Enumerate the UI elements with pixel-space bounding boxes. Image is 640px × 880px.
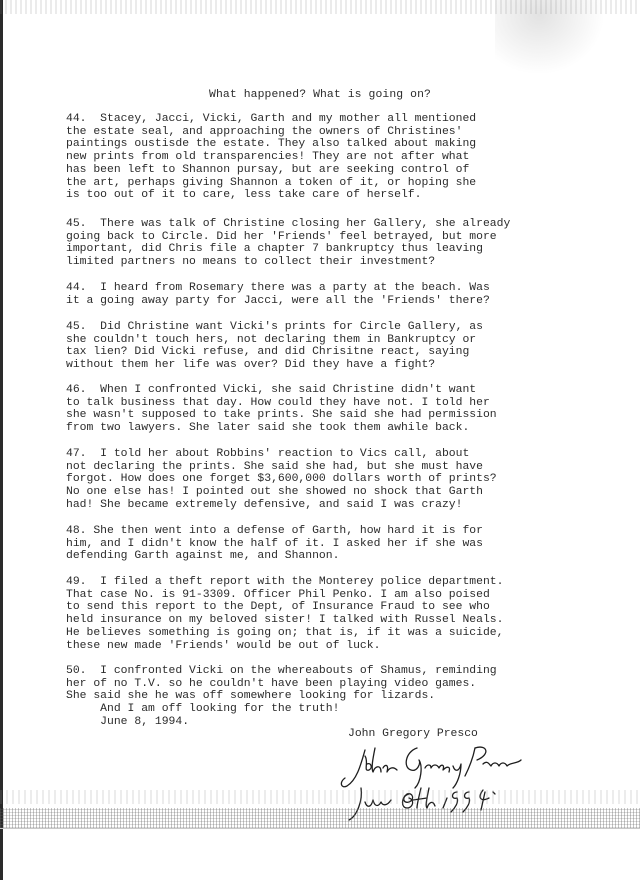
paragraph-line: it a going away party for Jacci, were al… — [66, 295, 626, 308]
paragraph-line: 47. I told her about Robbins' reaction t… — [66, 448, 626, 461]
document-page: What happened? What is going on? 44. Sta… — [0, 0, 640, 880]
paragraph-48: 48. She then went into a defense of Gart… — [66, 525, 626, 563]
paragraph-50: 50. I confronted Vicki on the whereabout… — [66, 665, 626, 729]
paragraph-line: has been left to Shannon pursay, but are… — [66, 164, 626, 177]
paragraph-line: to send this report to the Dept, of Insu… — [66, 601, 626, 614]
paragraph-line: That case No. is 91-3309. Officer Phil P… — [66, 589, 626, 602]
paragraph-line: the art, perhaps giving Shannon a token … — [66, 177, 626, 190]
paragraph-line: defending Garth against me, and Shannon. — [66, 550, 626, 563]
paragraph-line: limited partners no means to collect the… — [66, 256, 626, 269]
paragraph-line: from two lawyers. She later said she too… — [66, 422, 626, 435]
paragraph-line: these new made 'Friends' would be out of… — [66, 640, 626, 653]
paragraph-line: forgot. How does one forget $3,600,000 d… — [66, 473, 626, 486]
paragraph-44a: 44. Stacey, Jacci, Vicki, Garth and my m… — [66, 113, 626, 202]
paragraph-line: 45. Did Christine want Vicki's prints fo… — [66, 321, 626, 334]
paragraph-46: 46. When I confronted Vicki, she said Ch… — [66, 384, 626, 435]
paragraph-line: 46. When I confronted Vicki, she said Ch… — [66, 384, 626, 397]
paragraph-line: 48. She then went into a defense of Gart… — [66, 525, 626, 538]
typed-signature-name: John Gregory Presco — [348, 728, 478, 740]
paragraph-line: 44. I heard from Rosemary there was a pa… — [66, 282, 626, 295]
scan-page-bottom-edge — [0, 828, 640, 829]
paragraph-line: important, did Chris file a chapter 7 ba… — [66, 243, 626, 256]
paragraph-line: 50. I confronted Vicki on the whereabout… — [66, 665, 626, 678]
paragraph-line: the estate seal, and approaching the own… — [66, 126, 626, 139]
paragraph-45a: 45. There was talk of Christine closing … — [66, 218, 626, 269]
paragraph-line: she couldn't touch hers, not declaring t… — [66, 334, 626, 347]
paragraph-line: without them her life was over? Did they… — [66, 359, 626, 372]
paragraph-line: No one else has! I pointed out she showe… — [66, 486, 626, 499]
paragraph-line: 45. There was talk of Christine closing … — [66, 218, 626, 231]
paragraph-line: And I am off looking for the truth! — [66, 703, 626, 716]
scan-noise-bottom — [0, 808, 640, 828]
paragraph-line: not declaring the prints. She said she h… — [66, 461, 626, 474]
document-title: What happened? What is going on? — [0, 89, 640, 101]
paragraph-line: new prints from old transparencies! They… — [66, 151, 626, 164]
scan-noise-bottom-upper — [0, 790, 640, 804]
paragraph-line: is too out of it to care, less take care… — [66, 189, 626, 202]
paragraph-line: 49. I filed a theft report with the Mont… — [66, 576, 626, 589]
paragraph-line: she wasn't supposed to take prints. She … — [66, 409, 626, 422]
paragraph-line: going back to Circle. Did her 'Friends' … — [66, 231, 626, 244]
paragraph-line: had! She became extremely defensive, and… — [66, 499, 626, 512]
paragraph-line: her of no T.V. so he couldn't have been … — [66, 678, 626, 691]
paragraph-line: 44. Stacey, Jacci, Vicki, Garth and my m… — [66, 113, 626, 126]
paragraph-49: 49. I filed a theft report with the Mont… — [66, 576, 626, 652]
paragraph-line: tax lien? Did Vicki refuse, and did Chri… — [66, 346, 626, 359]
paragraph-line: He believes something is going on; that … — [66, 627, 626, 640]
paragraph-line: him, and I didn't know the half of it. I… — [66, 538, 626, 551]
paragraph-47: 47. I told her about Robbins' reaction t… — [66, 448, 626, 512]
paragraph-line: paintings oustisde the estate. They also… — [66, 138, 626, 151]
paragraph-44b: 44. I heard from Rosemary there was a pa… — [66, 282, 626, 307]
paragraph-line: held insurance on my beloved sister! I t… — [66, 614, 626, 627]
paragraph-line: June 8, 1994. — [66, 716, 626, 729]
paragraph-45b: 45. Did Christine want Vicki's prints fo… — [66, 321, 626, 372]
paragraph-line: to talk business that day. How could the… — [66, 397, 626, 410]
paragraph-line: She said she he was off somewhere lookin… — [66, 690, 626, 703]
